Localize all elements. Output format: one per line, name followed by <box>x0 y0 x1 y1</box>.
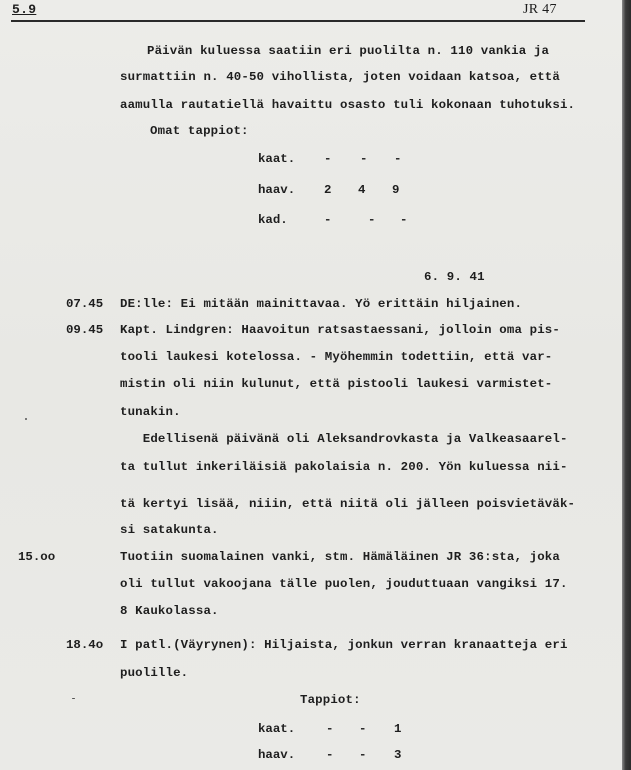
entry-time: 18.4o <box>66 638 103 652</box>
loss-value: - <box>394 152 401 166</box>
loss-value: - <box>368 213 375 227</box>
entry-line: mistin oli niin kulunut, että pistooli l… <box>120 377 552 391</box>
entry-line: DE:lle: Ei mitään mainittavaa. Yö erittä… <box>120 297 522 311</box>
loss-value: 4 <box>358 183 365 197</box>
entry-line: oli tullut vakoojana tälle puolen, joudu… <box>120 577 568 591</box>
entry-time: 15.oo <box>18 550 55 564</box>
loss-value: - <box>359 748 366 762</box>
entry-line: 8 Kaukolassa. <box>120 604 219 618</box>
document-page: 5.9 JR 47 Päivän kuluessa saatiin eri pu… <box>0 0 622 770</box>
header-date: 5.9 <box>12 2 36 17</box>
entry-line: tooli laukesi kotelossa. - Myöhemmin tod… <box>120 350 552 364</box>
page-edge-shadow <box>622 0 631 770</box>
paragraph-line: Päivän kuluessa saatiin eri puolilta n. … <box>147 44 549 58</box>
paragraph-line: aamulla rautatiellä havaittu osasto tuli… <box>120 98 575 112</box>
own-losses-title: Omat tappiot: <box>150 124 249 138</box>
loss-value: 2 <box>324 183 331 197</box>
loss-value: - <box>324 152 331 166</box>
loss-label: kaat. <box>258 152 295 166</box>
entry-line: I patl.(Väyrynen): Hiljaista, jonkun ver… <box>120 638 568 652</box>
entry-line: Tuotiin suomalainen vanki, stm. Hämäläin… <box>120 550 560 564</box>
loss-value: 1 <box>394 722 401 736</box>
loss-value: - <box>326 748 333 762</box>
entry-line: Kapt. Lindgren: Haavoitun ratsastaessani… <box>120 323 560 337</box>
loss-label: haav. <box>258 748 295 762</box>
entry-line: tunakin. <box>120 405 181 419</box>
loss-value: 9 <box>392 183 399 197</box>
entry-line: Edellisenä päivänä oli Aleksandrovkasta … <box>120 432 568 446</box>
loss-value: 3 <box>394 748 401 762</box>
entry-line: tä kertyi lisää, niiin, että niitä oli j… <box>120 497 575 511</box>
loss-value: - <box>400 213 407 227</box>
entry-line: puolille. <box>120 666 188 680</box>
paper-speck <box>25 418 27 420</box>
loss-label: kaat. <box>258 722 295 736</box>
loss-label: kad. <box>258 213 288 227</box>
loss-value: - <box>326 722 333 736</box>
entry-line: ta tullut inkeriläisiä pakolaisia n. 200… <box>120 460 568 474</box>
entry-date: 6. 9. 41 <box>424 270 485 284</box>
header-unit: JR 47 <box>523 2 557 18</box>
paragraph-line: surmattiin n. 40-50 vihollista, joten vo… <box>120 70 560 84</box>
loss-value: - <box>324 213 331 227</box>
loss-value: - <box>360 152 367 166</box>
loss-value: - <box>359 722 366 736</box>
loss-label: haav. <box>258 183 295 197</box>
entry-time: 07.45 <box>66 297 103 311</box>
entry-line: si satakunta. <box>120 523 219 537</box>
entry-time: 09.45 <box>66 323 103 337</box>
losses-title: Tappiot: <box>300 693 361 707</box>
paper-speck <box>72 698 75 699</box>
header-rule <box>11 20 585 22</box>
